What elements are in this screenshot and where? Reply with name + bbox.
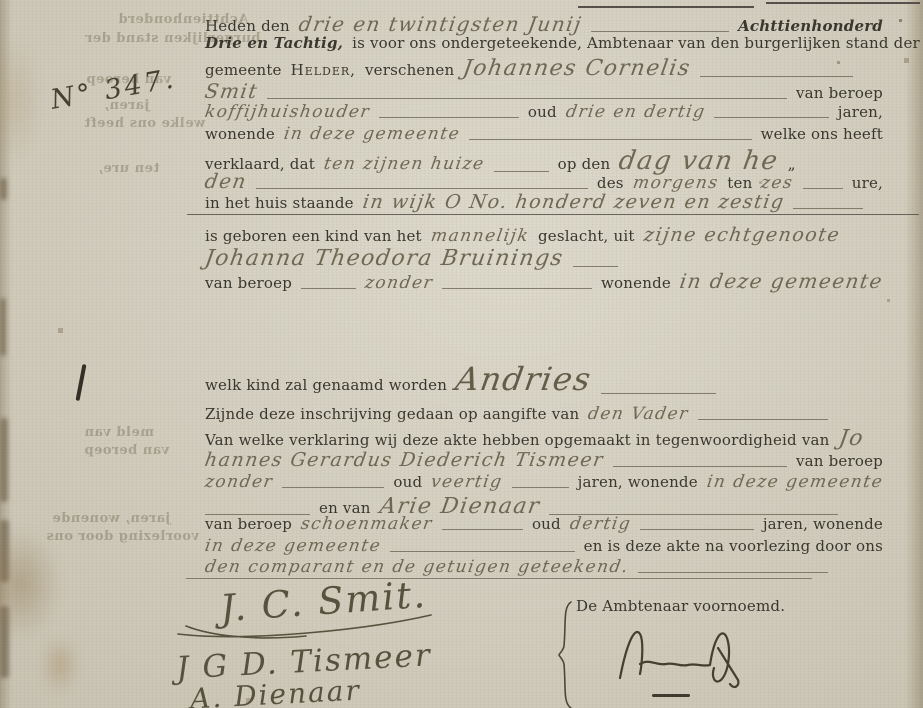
witness1-age: veertig [430, 472, 505, 492]
act-line-5: koffijhuishouder oud drie en dertig jare… [205, 102, 883, 122]
signature-dash [652, 694, 690, 697]
fill-rule [379, 115, 519, 118]
act-line-11: Johanna Theodora Bruinings [205, 246, 883, 271]
fill-rule [256, 186, 588, 189]
printed-text: ure, [852, 174, 883, 192]
printed-text: gemeente [205, 61, 282, 79]
witness1-residence: in deze gemeente [705, 472, 884, 492]
act-line-16: hannes Gerardus Diederich Tismeer van be… [205, 449, 883, 471]
edge-stain [0, 298, 6, 356]
act-line-13: welk kind zal genaamd worden Andries [205, 360, 883, 398]
witness1-occupation: zonder [203, 472, 274, 492]
fill-rule [267, 96, 787, 99]
fill-rule [442, 286, 592, 289]
birth-certificate-page: N° 347. Achttienhonderd burgerlijken sta… [0, 0, 923, 708]
previous-act-rule [578, 6, 754, 8]
mother-occupation: zonder [363, 273, 434, 293]
fill-rule [512, 485, 569, 488]
fill-rule [573, 264, 618, 267]
birth-day-continued: den [203, 169, 249, 193]
printed-year: Drie en Tachtig, [205, 34, 343, 52]
printed-text: wonende [601, 274, 671, 292]
act-line-3: gemeente Helder, verschenen Johannes Cor… [205, 56, 883, 81]
fill-rule [390, 549, 574, 552]
fill-rule [442, 527, 523, 530]
father-residence: in deze gemeente [282, 124, 461, 144]
curly-brace [556, 600, 574, 708]
fill-rule [601, 391, 716, 394]
printed-text: wonende [205, 125, 275, 143]
printed-text: Zijnde deze inschrijving gedaan op aangi… [205, 405, 579, 423]
child-name: Andries [453, 360, 595, 398]
printed-text: oud [532, 515, 561, 533]
edge-stain [0, 178, 7, 200]
fill-rule [640, 527, 754, 530]
bleed-through-text: jaren, [104, 98, 149, 113]
printed-text: van beroep [205, 515, 292, 533]
act-line-8: den des morgens ten zes ure, [205, 169, 883, 193]
fill-rule [793, 206, 863, 209]
bleed-through-text: ten ure, [98, 161, 159, 176]
closing-underline [186, 578, 812, 579]
printed-text: Achttienhonderd [738, 17, 883, 35]
printed-text: van beroep [796, 452, 883, 470]
act-line-2: Drie en Tachtig, is voor ons ondergeteek… [205, 34, 883, 52]
official-title-label: De Ambtenaar voornoemd. [576, 597, 785, 615]
municipality-name: Helder, [291, 61, 356, 79]
father-occupation: koffijhuishouder [203, 102, 371, 122]
printed-text: geslacht, uit [538, 227, 635, 245]
child-gender: mannelijk [429, 226, 530, 246]
brown-stain [0, 36, 42, 164]
witness2-occupation: schoenmaker [299, 514, 434, 534]
witness1-name-start: Jo [837, 426, 866, 451]
birth-hour: zes [760, 173, 795, 193]
printed-text: jaren, [838, 103, 883, 121]
act-line-4: Smit van beroep [205, 79, 883, 103]
father-age: drie en dertig [564, 102, 707, 122]
fill-rule [700, 74, 853, 77]
birth-address: in wijk O No. honderd zeven en zestig [361, 191, 786, 213]
act-line-12: van beroep zonder wonende in deze gemeen… [205, 269, 883, 293]
bleed-through-text: van beroep [86, 72, 171, 87]
act-line-10: is geboren een kind van het mannelijk ge… [205, 224, 883, 246]
official-signature-scrawl [614, 620, 754, 698]
fill-rule [591, 29, 729, 32]
printed-text: is geboren een kind van het [205, 227, 422, 245]
printed-text: jaren, wonende [763, 515, 883, 533]
bleed-through-text: van beroep [84, 443, 169, 458]
printed-text: Van welke verklaring wij deze akte hebbe… [205, 431, 830, 449]
act-line-1: Heden den drie en twintigsten Junij Acht… [205, 12, 883, 36]
mother-name: Johanna Theodora Bruinings [203, 246, 565, 271]
mother-residence: in deze gemeente [678, 269, 885, 293]
printed-text: Heden den [205, 17, 290, 35]
fill-rule [282, 485, 384, 488]
printed-text: welke ons heeft [761, 125, 883, 143]
signature-flourish [176, 612, 434, 640]
bleed-through-text: welke ons heeft [84, 116, 205, 131]
printed-text: des [597, 174, 624, 192]
printed-text: jaren, wonende [578, 473, 698, 491]
printed-text: welk kind zal genaamd worden [205, 376, 447, 394]
act-line-9: in het huis staande in wijk O No. honder… [205, 191, 883, 213]
act-line-15: Van welke verklaring wij deze akte hebbe… [205, 426, 883, 451]
act-line-21: den comparant en de getuigen geteekend. [205, 557, 883, 577]
mother-relation: zijne echtgenoote [642, 224, 842, 246]
fill-rule [803, 186, 843, 189]
edge-stain [0, 418, 8, 502]
bleed-through-text: jaren, wonende [52, 511, 170, 526]
paper-specks [0, 0, 1, 1]
printed-text: in het huis staande [205, 194, 354, 212]
brown-stain [40, 636, 80, 694]
printed-text: van beroep [205, 274, 292, 292]
previous-act-rule [766, 2, 920, 4]
act-line-17: zonder oud veertig jaren, wonende in dez… [205, 472, 883, 492]
act-line-19: van beroep schoenmaker oud dertig jaren,… [205, 514, 883, 534]
printed-text: is voor ons ondergeteekende, Ambtenaar v… [352, 34, 920, 52]
bleed-through-text: meld van [84, 425, 154, 440]
birth-date-entry: drie en twintigsten Junij [297, 12, 584, 36]
father-surname: Smit [203, 79, 260, 103]
printed-text: ten [727, 174, 752, 192]
father-given-names: Johannes Cornelis [461, 56, 693, 81]
witness1-name: hannes Gerardus Diederich Tismeer [203, 449, 605, 471]
fill-rule [469, 137, 751, 140]
witness2-age: dertig [568, 514, 632, 534]
page-edge-shadow [905, 0, 923, 708]
printed-text: van beroep [796, 84, 883, 102]
act-line-6: wonende in deze gemeente welke ons heeft [205, 124, 883, 144]
section-divider [187, 214, 919, 215]
witness2-residence: in deze gemeente [203, 536, 382, 556]
printed-text: en is deze akte na voorlezing door ons [584, 537, 883, 555]
bleed-through-text: voorlezing door ons [46, 529, 199, 544]
act-line-14: Zijnde deze inschrijving gedaan op aangi… [205, 404, 883, 424]
fill-rule [301, 286, 356, 289]
fill-rule [638, 570, 828, 573]
declarant-type: den Vader [587, 404, 691, 424]
birth-time-period: morgens [631, 173, 720, 193]
fill-rule [698, 417, 828, 420]
brown-stain [0, 528, 62, 640]
printed-text: oud [393, 473, 422, 491]
pencil-mark [76, 364, 87, 401]
printed-text: verschenen [365, 61, 454, 79]
fill-rule [613, 464, 787, 467]
printed-text: oud [528, 103, 557, 121]
fill-rule [714, 115, 828, 118]
act-line-20: in deze gemeente en is deze akte na voor… [205, 536, 883, 556]
